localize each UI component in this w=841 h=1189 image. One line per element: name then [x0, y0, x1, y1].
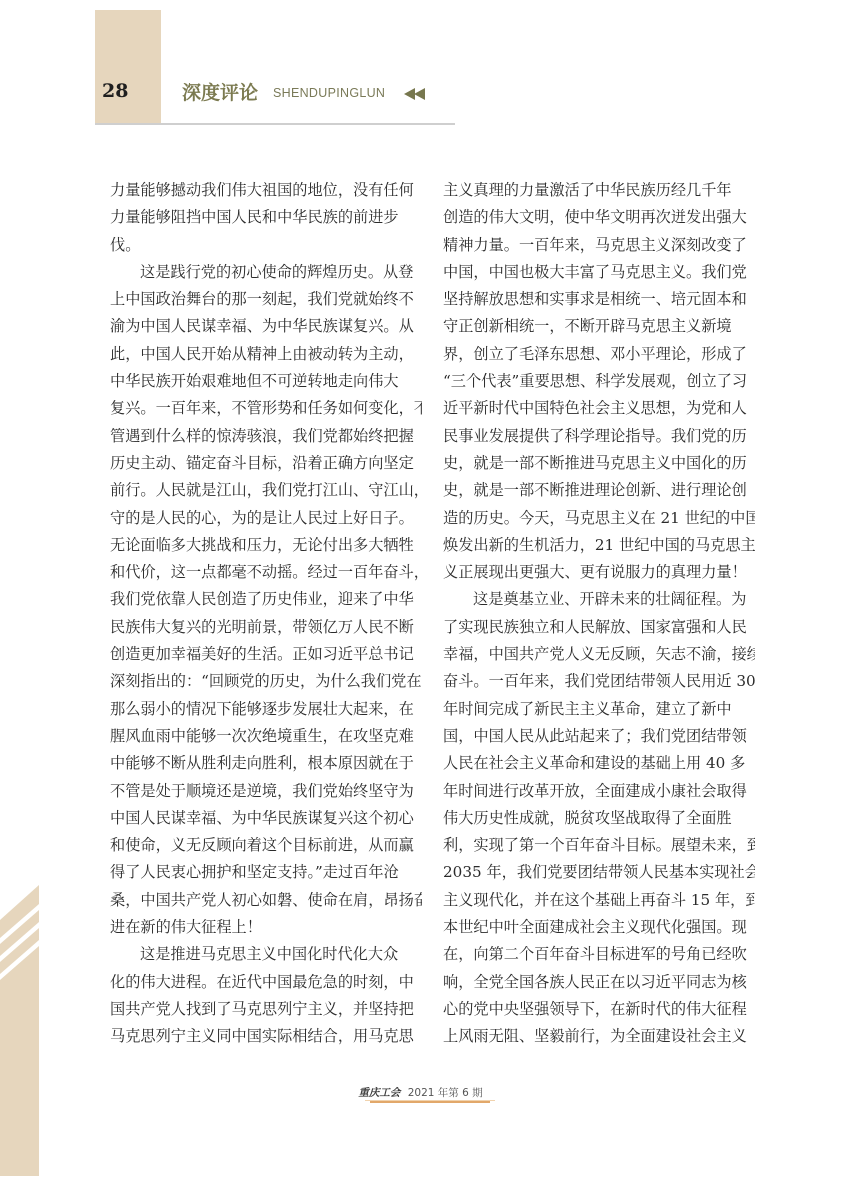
text-line: 主义真理的力量激活了中华民族历经几千年 [443, 177, 755, 204]
text-line: 利，实现了第一个百年奋斗目标。展望未来，到 [443, 832, 755, 859]
text-line: 史，就是一部不断推进理论创新、进行理论创 [443, 477, 755, 504]
text-line: 那么弱小的情况下能够逐步发展壮大起来，在 [110, 696, 422, 723]
text-line: 和使命，义无反顾向着这个目标前进，从而赢 [110, 832, 422, 859]
text-line: 主义现代化，并在这个基础上再奋斗 15 年，到 [443, 887, 755, 914]
text-line: 2035 年，我们党要团结带领人民基本实现社会 [443, 859, 755, 886]
text-line: 心的党中央坚强领导下，在新时代的伟大征程 [443, 996, 755, 1023]
footer-issue-info: 重庆工会 2021 年第 6 期 [0, 1085, 841, 1100]
text-line: 义正展现出更强大、更有说服力的真理力量！ [443, 559, 755, 586]
text-line: 历史主动、锚定奋斗目标，沿着正确方向坚定 [110, 450, 422, 477]
text-line: 前行。人民就是江山，我们党打江山、守江山， [110, 477, 422, 504]
text-line: 管遇到什么样的惊涛骇浪，我们党都始终把握 [110, 423, 422, 450]
text-line: 民族伟大复兴的光明前景，带领亿万人民不断 [110, 614, 422, 641]
text-line: 伟大历史性成就，脱贫攻坚战取得了全面胜 [443, 805, 755, 832]
text-line: 造的历史。今天，马克思主义在 21 世纪的中国 [443, 505, 755, 532]
text-line: 精神力量。一百年来，马克思主义深刻改变了 [443, 232, 755, 259]
text-line: 化的伟大进程。在近代中国最危急的时刻，中 [110, 969, 422, 996]
text-line: 这是奠基立业、开辟未来的壮阔征程。为 [443, 586, 755, 613]
text-line: 渝为中国人民谋幸福、为中华民族谋复兴。从 [110, 313, 422, 340]
text-line: 复兴。一百年来，不管形势和任务如何变化，不 [110, 395, 422, 422]
text-line: 我们党依靠人民创造了历史伟业，迎来了中华 [110, 586, 422, 613]
article-column-left: 力量能够撼动我们伟大祖国的地位，没有任何力量能够阻挡中国人民和中华民族的前进步伐… [110, 177, 422, 1051]
text-line: 进在新的伟大征程上！ [110, 914, 422, 941]
text-line: 响，全党全国各族人民正在以习近平同志为核 [443, 969, 755, 996]
text-line: 了实现民族独立和人民解放、国家富强和人民 [443, 614, 755, 641]
header-color-block [95, 10, 161, 123]
text-line: 史，就是一部不断推进马克思主义中国化的历 [443, 450, 755, 477]
text-line: 民事业发展提供了科学理论指导。我们党的历 [443, 423, 755, 450]
section-title-pinyin: SHENDUPINGLUN [273, 86, 385, 100]
side-decorative-band [0, 880, 39, 1176]
text-line: 奋斗。一百年来，我们党团结带领人民用近 30 [443, 668, 755, 695]
text-line: 此，中国人民开始从精神上由被动转为主动， [110, 341, 422, 368]
text-line: 中国人民谋幸福、为中华民族谋复兴这个初心 [110, 805, 422, 832]
text-line: 深刻指出的：“回顾党的历史，为什么我们党在 [110, 668, 422, 695]
article-column-right: 主义真理的力量激活了中华民族历经几千年创造的伟大文明，使中华文明再次迸发出强大精… [443, 177, 755, 1051]
magazine-name: 重庆工会 [358, 1087, 400, 1099]
text-line: 年时间进行改革开放，全面建成小康社会取得 [443, 778, 755, 805]
text-line: 本世纪中叶全面建成社会主义现代化强国。现 [443, 914, 755, 941]
text-line: 桑，中国共产党人初心如磐、使命在肩，昂扬奋 [110, 887, 422, 914]
text-line: 守的是人民的心，为的是让人民过上好日子。 [110, 505, 422, 532]
text-line: 界，创立了毛泽东思想、邓小平理论，形成了 [443, 341, 755, 368]
section-title: 深度评论 [182, 78, 258, 105]
text-line: 马克思列宁主义同中国实际相结合，用马克思 [110, 1023, 422, 1050]
text-line: “三个代表”重要思想、科学发展观，创立了习 [443, 368, 755, 395]
text-line: 人民在社会主义革命和建设的基础上用 40 多 [443, 750, 755, 777]
text-line: 伐。 [110, 232, 422, 259]
text-line: 近平新时代中国特色社会主义思想，为党和人 [443, 395, 755, 422]
text-line: 上风雨无阻、坚毅前行，为全面建设社会主义 [443, 1023, 755, 1050]
header-divider [95, 123, 455, 125]
text-line: 上中国政治舞台的那一刻起，我们党就始终不 [110, 286, 422, 313]
text-line: 焕发出新的生机活力，21 世纪中国的马克思主 [443, 532, 755, 559]
text-line: 力量能够阻挡中国人民和中华民族的前进步 [110, 204, 422, 231]
text-line: 年时间完成了新民主主义革命，建立了新中 [443, 696, 755, 723]
rewind-icon [404, 88, 426, 100]
footer-divider [370, 1101, 490, 1103]
text-line: 这是践行党的初心使命的辉煌历史。从登 [110, 259, 422, 286]
issue-number: 2021 年第 6 期 [408, 1087, 483, 1099]
text-line: 不管是处于顺境还是逆境，我们党始终坚守为 [110, 778, 422, 805]
text-line: 无论面临多大挑战和压力，无论付出多大牺牲 [110, 532, 422, 559]
text-line: 力量能够撼动我们伟大祖国的地位，没有任何 [110, 177, 422, 204]
text-line: 国，中国人民从此站起来了；我们党团结带领 [443, 723, 755, 750]
text-line: 坚持解放思想和实事求是相统一、培元固本和 [443, 286, 755, 313]
text-line: 创造更加幸福美好的生活。正如习近平总书记 [110, 641, 422, 668]
text-line: 得了人民衷心拥护和坚定支持。”走过百年沧 [110, 859, 422, 886]
text-line: 这是推进马克思主义中国化时代化大众 [110, 941, 422, 968]
page-number: 28 [102, 80, 128, 102]
text-line: 中华民族开始艰难地但不可逆转地走向伟大 [110, 368, 422, 395]
text-line: 和代价，这一点都毫不动摇。经过一百年奋斗， [110, 559, 422, 586]
text-line: 创造的伟大文明，使中华文明再次迸发出强大 [443, 204, 755, 231]
text-line: 在，向第二个百年奋斗目标进军的号角已经吹 [443, 941, 755, 968]
text-line: 中国，中国也极大丰富了马克思主义。我们党 [443, 259, 755, 286]
text-line: 中能够不断从胜利走向胜利，根本原因就在于 [110, 750, 422, 777]
text-line: 国共产党人找到了马克思列宁主义，并坚持把 [110, 996, 422, 1023]
text-line: 腥风血雨中能够一次次绝境重生，在攻坚克难 [110, 723, 422, 750]
text-line: 幸福，中国共产党人义无反顾，矢志不渝，接续 [443, 641, 755, 668]
text-line: 守正创新相统一，不断开辟马克思主义新境 [443, 313, 755, 340]
